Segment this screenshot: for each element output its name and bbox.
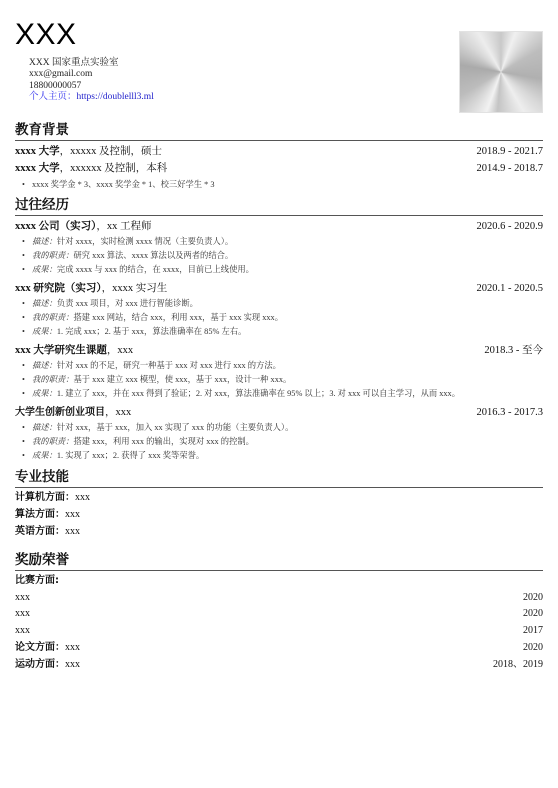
education-entry: xxxx 大学，xxxxxx 及控制，本科 2014.9 - 2018.7 [15,162,543,176]
experience-bullet: •我的职责：研究 xxx 算法、xxxx 算法以及两者的结合。 [22,251,547,262]
experience-bullet: •描述：针对 xxxx，实时检测 xxxx 情况（主要负责人）。 [22,237,547,248]
award-year: 2017 [523,624,543,638]
skill-value: xxx [65,526,80,537]
award-name: xxx [15,592,30,603]
experience-bullet: •成果：1. 建立了 xxx，并在 xxx 得到了验证；2. 对 xxx，算法准… [22,389,547,400]
dates: 2018.9 - 2021.7 [477,145,544,159]
role: ，xxxx 实习生 [102,283,168,294]
experience-bullet: •成果：1. 实现了 xxx；2. 获得了 xxx 奖等荣誉。 [22,451,547,462]
experience-entry: xxxx 公司（实习），xx 工程师 2020.6 - 2020.9 [15,220,543,234]
candidate-name: XXX [15,18,77,52]
award-paper: 论文方面：xxx2020 [15,641,543,655]
competition-heading: 比赛方面: [15,574,543,588]
skill-value: xxx [65,509,80,520]
bullet-icon: • [22,423,32,434]
degree-detail: ，xxxxx 及控制，硕士 [60,146,162,157]
homepage-label: 个人主页： [29,92,77,102]
bullet-icon: • [22,299,32,310]
skill-item: 英语方面：xxx [15,525,543,539]
experience-bullet: •描述：针对 xxx 的不足，研究一种基于 xxx 对 xxx 进行 xxx 的… [22,361,547,372]
role: ，xx 工程师 [96,221,151,232]
award-item: xxx2017 [15,624,543,638]
award-item: xxx2020 [15,607,543,621]
skill-label: 英语方面： [15,526,65,537]
education-entry: xxxx 大学，xxxxx 及控制，硕士 2018.9 - 2021.7 [15,145,543,159]
experience-entry: 大学生创新创业项目，xxx 2016.3 - 2017.3 [15,406,543,420]
bullet-icon: • [22,361,32,372]
bullet-icon: • [22,265,32,276]
section-title-experience: 过往经历 [15,197,69,213]
experience-bullet: •我的职责：基于 xxx 建立 xxx 模型，使 xxx，基于 xxx，设计一种… [22,375,547,386]
contact-block: XXX 国家重点实验室 xxx@gmail.com 18800000057 个人… [29,58,154,103]
section-title-education: 教育背景 [15,122,69,138]
org-name: 大学生创新创业项目 [15,407,105,418]
section-title-skills: 专业技能 [15,469,69,485]
degree-detail: ，xxxxxx 及控制，本科 [60,163,168,174]
award-item: xxx2020 [15,591,543,605]
skill-label: 计算机方面： [15,492,75,503]
section-divider [15,487,543,488]
org-name: xxx 大学研究生课题 [15,345,107,356]
education-bullet: •xxxx 奖学金 * 3、xxxx 奖学金 * 1、校三好学生 * 3 [22,180,547,191]
role: ，xxx [107,345,133,356]
school-name: xxxx 大学 [15,163,60,174]
skill-item: 计算机方面：xxx [15,491,543,505]
experience-bullet: •我的职责：搭建 xxx 网站，结合 xxx，利用 xxx，基于 xxx 实现 … [22,313,547,324]
bullet-icon: • [22,251,32,262]
bullet-icon: • [22,375,32,386]
org-name: xxxx 公司（实习） [15,221,96,232]
dates: 2020.1 - 2020.5 [477,282,544,296]
profile-photo [459,31,543,113]
experience-bullet: •成果：1. 完成 xxx；2. 基于 xxx，算法准确率在 85% 左右。 [22,327,547,338]
experience-bullet: •描述：负责 xxx 项目，对 xxx 进行智能诊断。 [22,299,547,310]
award-year: 2020 [523,641,543,655]
section-divider [15,215,543,216]
award-value: xxx [65,642,80,653]
award-name: xxx [15,608,30,619]
skill-label: 算法方面： [15,509,65,520]
homepage-link[interactable]: https://doublelll3.ml [77,92,154,102]
phone: 18800000057 [29,81,154,92]
resume-page: XXX XXX 国家重点实验室 xxx@gmail.com 1880000005… [0,0,558,788]
experience-bullet: •我的职责：搭建 xxx，利用 xxx 的输出，实现对 xxx 的控制。 [22,437,547,448]
section-title-awards: 奖励荣誉 [15,552,69,568]
school-name: xxxx 大学 [15,146,60,157]
skill-value: xxx [75,492,90,503]
bullet-icon: • [22,451,32,462]
award-year: 2018、2019 [493,658,543,672]
bullet-icon: • [22,180,32,191]
role: ，xxx [105,407,131,418]
bullet-icon: • [22,237,32,248]
award-year: 2020 [523,591,543,605]
award-label: 运动方面： [15,659,65,670]
award-value: xxx [65,659,80,670]
email[interactable]: xxx@gmail.com [29,69,154,80]
bullet-icon: • [22,437,32,448]
dates: 2020.6 - 2020.9 [477,220,544,234]
experience-entry: xxx 研究院（实习），xxxx 实习生 2020.1 - 2020.5 [15,282,543,296]
affiliation: XXX 国家重点实验室 [29,58,154,69]
award-label: 论文方面： [15,642,65,653]
experience-entry: xxx 大学研究生课题，xxx 2018.3 - 至今 [15,344,543,358]
experience-bullet: •成果：完成 xxxx 与 xxx 的结合，在 xxxx，目前已上线使用。 [22,265,547,276]
award-name: xxx [15,625,30,636]
bullet-icon: • [22,313,32,324]
award-year: 2020 [523,607,543,621]
org-name: xxx 研究院（实习） [15,283,102,294]
experience-bullet: •描述：针对 xxx，基于 xxx，加入 xx 实现了 xxx 的功能（主要负责… [22,423,547,434]
section-divider [15,140,543,141]
dates: 2018.3 - 至今 [484,344,543,358]
bullet-icon: • [22,389,32,400]
bullet-icon: • [22,327,32,338]
section-divider [15,570,543,571]
homepage: 个人主页：https://doublelll3.ml [29,92,154,103]
dates: 2016.3 - 2017.3 [477,406,544,420]
award-sports: 运动方面：xxx2018、2019 [15,658,543,672]
skill-item: 算法方面：xxx [15,508,543,522]
dates: 2014.9 - 2018.7 [477,162,544,176]
